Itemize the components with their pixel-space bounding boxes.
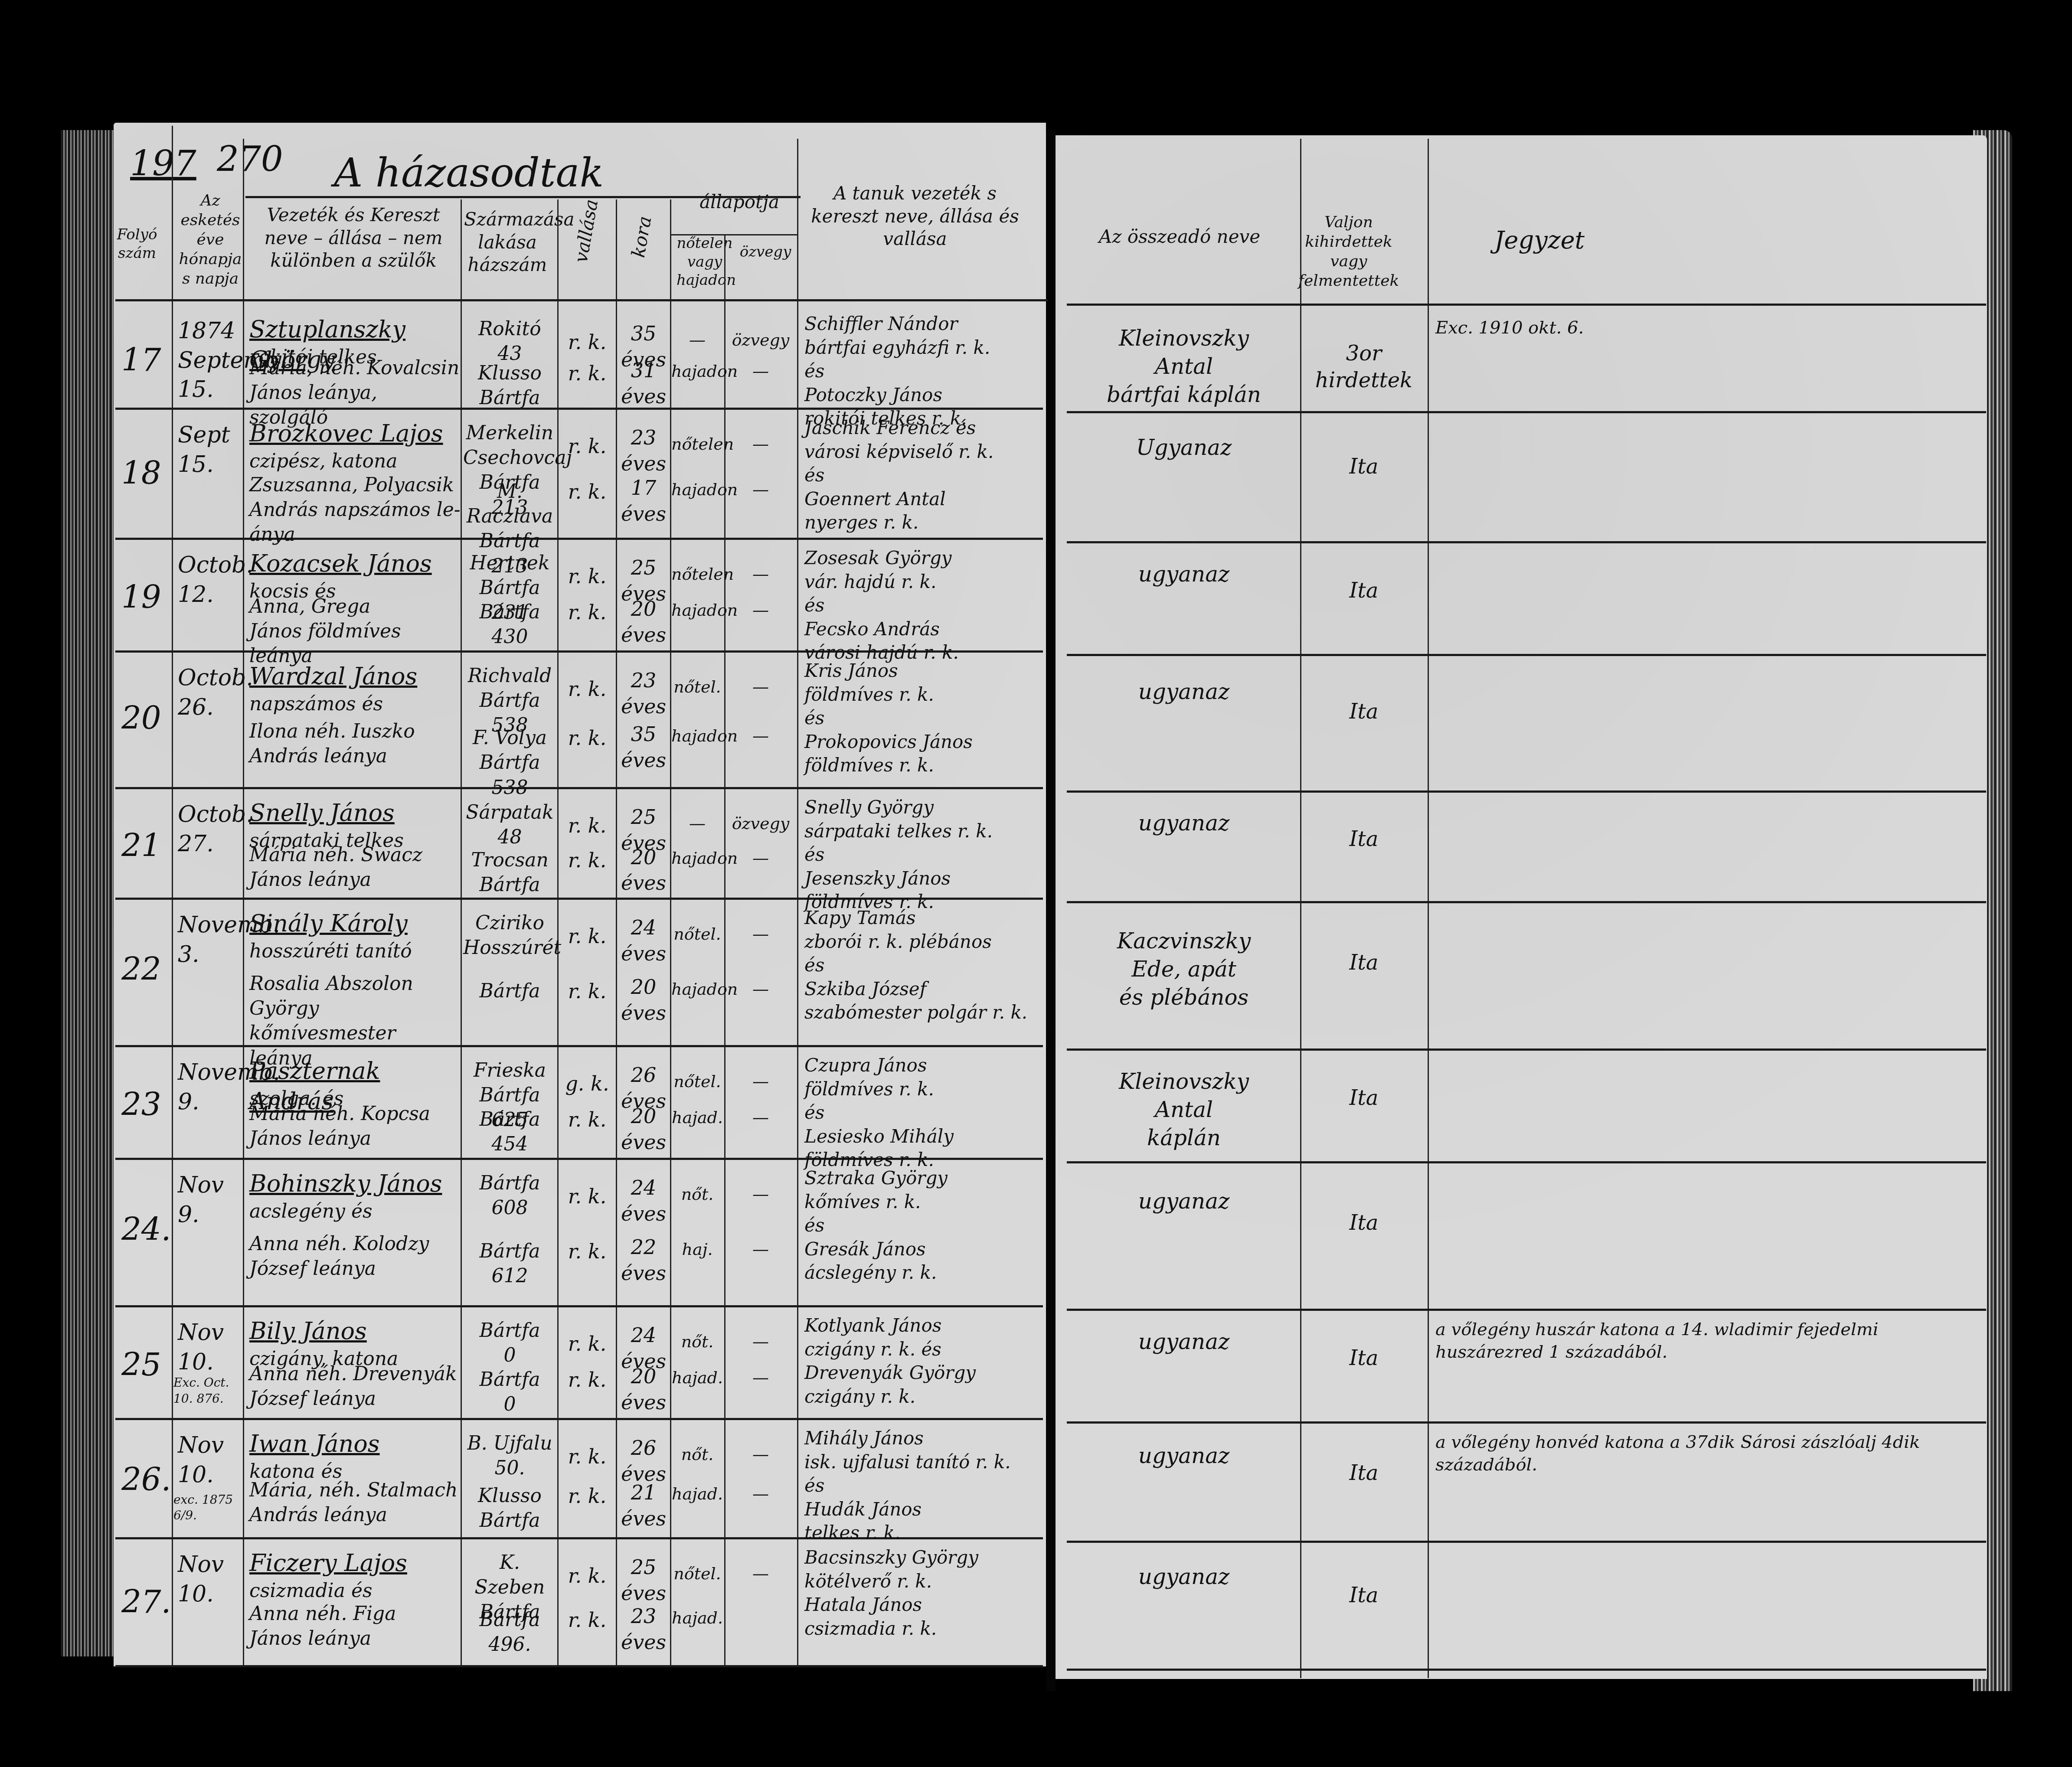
groom-religion: r. k. — [559, 1331, 615, 1357]
remarks: a vőlegény huszár katona a 14. wladimir … — [1435, 1318, 1977, 1363]
marriage-date: Nov 10. — [178, 1431, 243, 1489]
officiant: ugyanaz — [1071, 809, 1297, 837]
entry-number: 17 — [121, 340, 169, 381]
bride-origin: F. Volya Bártfa 538 — [463, 725, 556, 800]
groom-origin: Bártfa 0 — [463, 1318, 556, 1368]
bride-name-parents: Ilona néh. Iuszko András leánya — [249, 719, 462, 768]
bride-origin: Klusso Bártfa — [463, 1483, 556, 1533]
groom-name: Wardzal János — [249, 661, 462, 692]
entry-number: 22 — [121, 949, 169, 990]
entry-number: 23 — [121, 1084, 169, 1125]
groom-name: Kozacsek János — [249, 549, 462, 579]
bride-status-widowed: — — [726, 725, 795, 747]
groom-religion: r. k. — [559, 330, 615, 356]
banns-status: Ita — [1303, 453, 1425, 480]
bride-status-single: hajad. — [671, 1107, 723, 1128]
groom-name: Bohinszky János — [249, 1169, 462, 1199]
bride-status-widowed: — — [726, 1239, 795, 1260]
groom-religion: r. k. — [559, 564, 615, 590]
witnesses: Kapy Tamás zborói r. k. plébános és Szki… — [804, 906, 1043, 1025]
groom-occupation: csizmadia és — [249, 1578, 462, 1603]
rule — [115, 299, 1048, 301]
header-folyo-szam: Folyó szám — [115, 225, 159, 262]
witnesses: Jaschik Ferencz és városi képviselő r. k… — [804, 416, 1043, 535]
bride-age: 23 éves — [618, 1604, 670, 1656]
groom-religion: g. k. — [559, 1071, 615, 1097]
groom-name: Sinály Károly — [249, 908, 462, 939]
bride-name-parents: Mária néh. Swacz János leánya — [249, 843, 462, 892]
groom-age: 23 éves — [618, 668, 670, 720]
bride-religion: r. k. — [559, 479, 615, 505]
bride-age: 21 éves — [618, 1480, 670, 1532]
left-page-stack-edge — [61, 130, 117, 1656]
groom-occupation: hosszúréti tanító — [249, 939, 462, 964]
row-separator — [1067, 1309, 1986, 1311]
rule — [616, 199, 617, 1665]
groom-occupation: acslegény és — [249, 1199, 462, 1224]
groom-status-single: — — [671, 330, 723, 351]
bride-status-single: hajadon — [671, 848, 723, 869]
date-annotation: exc. 1875 6/9. — [173, 1492, 243, 1524]
bride-name-parents: Anna néh. Kolodzy József leánya — [249, 1231, 462, 1281]
bride-age: 20 éves — [618, 1104, 670, 1156]
groom-origin: Cziriko Hosszúrét — [463, 911, 556, 960]
groom-religion: r. k. — [559, 1444, 615, 1470]
groom-status-widowed: — — [726, 434, 795, 455]
witnesses: Bacsinszky György kötélverő r. k. Hatala… — [804, 1546, 1043, 1640]
rule — [557, 199, 559, 1665]
rule — [1987, 139, 1988, 1678]
bride-age: 20 éves — [618, 596, 670, 648]
groom-status-single: nőtel. — [671, 1563, 723, 1584]
bride-religion: r. k. — [559, 361, 615, 387]
bride-name-parents: Anna néh. Figa János leánya — [249, 1601, 462, 1651]
row-separator — [1067, 654, 1986, 656]
header-witnesses: A tanuk vezeték s kereszt neve, állása é… — [811, 182, 1019, 251]
groom-status-single: nőt. — [671, 1444, 723, 1465]
marriage-date: Octob. 12. — [178, 551, 243, 609]
date-annotation: Exc. Oct. 10. 876. — [173, 1375, 243, 1407]
bride-name-parents: Anna néh. Drevenyák József leánya — [249, 1362, 462, 1411]
officiant: ugyanaz — [1071, 1328, 1297, 1356]
groom-religion: r. k. — [559, 924, 615, 950]
row-separator — [115, 1665, 801, 1667]
rule — [1300, 139, 1301, 1678]
bride-age: 20 éves — [618, 845, 670, 897]
header-origin: Származása lakása házszám — [464, 208, 551, 277]
row-separator — [1067, 1669, 1986, 1671]
groom-status-single: nőt. — [671, 1331, 723, 1352]
groom-status-widowed: — — [726, 924, 795, 945]
groom-name: Bily János — [249, 1316, 462, 1346]
row-separator — [1067, 901, 1986, 903]
banns-status: Ita — [1303, 1345, 1425, 1372]
bride-name-parents: Anna, Grega János földmíves leánya — [249, 594, 462, 669]
bride-status-widowed: — — [726, 1367, 795, 1388]
groom-status-single: nőtel. — [671, 676, 723, 698]
officiant: ugyanaz — [1071, 678, 1297, 706]
entry-number: 20 — [121, 698, 169, 739]
bride-age: 35 éves — [618, 722, 670, 774]
bride-religion: r. k. — [559, 1239, 615, 1265]
banns-status: Ita — [1303, 1084, 1425, 1111]
officiant: ugyanaz — [1071, 560, 1297, 588]
witnesses: Snelly György sárpataki telkes r. k. és … — [804, 796, 1043, 914]
rule — [671, 234, 797, 235]
bride-status-single: hajadon — [671, 479, 723, 500]
groom-status-widowed: — — [726, 564, 795, 585]
groom-status-widowed: — — [726, 1331, 795, 1352]
bride-religion: r. k. — [559, 979, 615, 1005]
marriage-date: Sept 15. — [178, 421, 243, 479]
bride-name-parents: Mária, néh. Stalmach András leánya — [249, 1478, 462, 1527]
banns-status: Ita — [1303, 1209, 1425, 1236]
bride-origin: Bártfa 612 — [463, 1239, 556, 1288]
bride-status-single: hajad. — [671, 1607, 723, 1629]
row-separator — [115, 787, 801, 789]
groom-name: Brozkovec Lajos — [249, 418, 462, 449]
bride-age: 20 éves — [618, 1364, 670, 1416]
officiant: ugyanaz — [1071, 1442, 1297, 1470]
entry-number: 24. — [121, 1209, 169, 1250]
rule — [797, 139, 798, 1665]
banns-status: 3or hirdettek — [1303, 340, 1425, 394]
groom-name: Iwan János — [249, 1429, 462, 1459]
witnesses: Zosesak György vár. hajdú r. k. és Fecsk… — [804, 546, 1043, 665]
rule — [172, 126, 173, 1665]
groom-age: 23 éves — [618, 425, 670, 477]
groom-name: Ficzery Lajos — [249, 1548, 462, 1578]
row-separator — [115, 898, 801, 900]
groom-religion: r. k. — [559, 813, 615, 839]
officiant: Kleinovszky Antal bártfai káplán — [1071, 324, 1297, 409]
row-separator — [800, 1045, 1043, 1047]
entry-number: 19 — [121, 577, 169, 618]
officiant: ugyanaz — [1071, 1563, 1297, 1591]
bride-origin: Bártfa 454 — [463, 1107, 556, 1156]
groom-status-single: nőtel. — [671, 1071, 723, 1092]
banns-status: Ita — [1303, 1582, 1425, 1609]
groom-age: 26 éves — [618, 1435, 670, 1487]
register-book: 197 270 A házasodtak Folyó szám Az esket… — [0, 0, 2072, 1767]
row-separator — [1067, 411, 1986, 413]
groom-name: Snelly János — [249, 798, 462, 828]
groom-age: 25 éves — [618, 1555, 670, 1607]
officiant: Kleinovszky Antal káplán — [1071, 1068, 1297, 1152]
marriage-date: Octob. 27. — [178, 800, 243, 859]
groom-status-widowed: — — [726, 1184, 795, 1205]
bride-status-single: hajad. — [671, 1367, 723, 1388]
row-separator — [1067, 1421, 1986, 1424]
bride-age: 20 éves — [618, 974, 670, 1026]
remarks: a vőlegény honvéd katona a 37dik Sárosi … — [1435, 1431, 1977, 1476]
marriage-date: 1874 Septemb. 15. — [178, 317, 243, 405]
entry-number: 18 — [121, 453, 169, 494]
page-title: A házasodtak — [334, 150, 604, 196]
banns-status: Ita — [1303, 698, 1425, 725]
bride-name-parents: Mária néh. Kopcsa János leánya — [249, 1101, 462, 1151]
bride-religion: r. k. — [559, 725, 615, 751]
bride-status-single: hajadon — [671, 361, 723, 382]
banns-status: Ita — [1303, 1460, 1425, 1486]
row-separator — [1067, 790, 1986, 793]
row-separator — [115, 1305, 801, 1307]
bride-status-single: hajadon — [671, 979, 723, 1000]
bride-status-single: hajadon — [671, 600, 723, 621]
groom-religion: r. k. — [559, 1563, 615, 1589]
row-separator — [800, 787, 1043, 789]
bride-status-widowed: — — [726, 848, 795, 869]
bride-status-widowed: — — [726, 1483, 795, 1505]
row-separator — [800, 1305, 1043, 1307]
groom-occupation: napszámos és — [249, 692, 462, 716]
row-separator — [115, 1158, 801, 1160]
entry-number: 26. — [121, 1460, 169, 1500]
groom-status-widowed: — — [726, 1444, 795, 1465]
bride-status-widowed: — — [726, 979, 795, 1000]
rule — [245, 196, 801, 198]
bride-religion: r. k. — [559, 848, 615, 874]
row-separator — [800, 538, 1043, 540]
marriage-date: Nov 10. — [178, 1550, 243, 1609]
marriage-date: Novemb. 3. — [178, 911, 243, 969]
groom-status-widowed: özvegy — [726, 813, 795, 834]
bride-origin: Bártfa — [463, 979, 556, 1003]
groom-status-widowed: — — [726, 676, 795, 698]
row-separator — [800, 1665, 1043, 1667]
banns-status: Ita — [1303, 577, 1425, 604]
groom-origin: Sárpatak 48 — [463, 800, 556, 849]
bride-age: 17 éves — [618, 475, 670, 527]
groom-status-widowed: — — [726, 1071, 795, 1092]
bride-religion: r. k. — [559, 1107, 615, 1133]
witnesses: Kotlyank János czigány r. k. és Drevenyá… — [804, 1314, 1043, 1408]
header-names: Vezeték és Kereszt neve – állása – nem k… — [249, 204, 458, 272]
marriage-date: Octob. 26. — [178, 663, 243, 722]
row-separator — [1067, 1541, 1986, 1543]
row-separator — [1067, 1048, 1986, 1051]
groom-origin: Rokitó 43 — [463, 317, 556, 366]
bride-origin: Trocsan Bártfa — [463, 848, 556, 897]
groom-status-widowed: — — [726, 1563, 795, 1584]
marriage-date: Nov 10. — [178, 1318, 243, 1377]
groom-occupation: czipész, katona — [249, 449, 462, 474]
bride-status-single: hajad. — [671, 1483, 723, 1505]
bride-origin: Bártfa 496. — [463, 1607, 556, 1657]
bride-name-parents: Zsuzsanna, Polyacsik András napszámos le… — [249, 473, 462, 547]
witnesses: Mihály János isk. ujfalusi tanító r. k. … — [804, 1427, 1043, 1545]
bride-age: 22 éves — [618, 1235, 670, 1287]
bride-religion: r. k. — [559, 1483, 615, 1509]
bride-religion: r. k. — [559, 1607, 615, 1633]
groom-religion: r. k. — [559, 676, 615, 702]
bride-origin: Klusso Bártfa — [463, 361, 556, 410]
groom-status-single: nőtelen — [671, 564, 723, 585]
row-separator — [800, 1418, 1043, 1420]
bride-status-widowed: — — [726, 361, 795, 382]
groom-age: 24 éves — [618, 915, 670, 967]
groom-status-single: nőt. — [671, 1184, 723, 1205]
witnesses: Schiffler Nándor bártfai egyházfi r. k. … — [804, 312, 1043, 431]
officiant: Kaczvinszky Ede, apát és plébános — [1071, 927, 1297, 1012]
officiant: ugyanaz — [1071, 1187, 1297, 1215]
page-number: 197 — [130, 143, 196, 183]
row-separator — [115, 1418, 801, 1420]
witnesses: Czupra János földmíves r. k. és Lesiesko… — [804, 1054, 1043, 1172]
page-number-overwritten: 270 — [217, 139, 283, 179]
marriage-date: Nov 9. — [178, 1171, 243, 1229]
groom-status-widowed: özvegy — [726, 330, 795, 351]
entry-number: 25 — [121, 1345, 169, 1385]
remarks: Exc. 1910 okt. 6. — [1435, 317, 1977, 339]
groom-status-single: — — [671, 813, 723, 834]
groom-age: 24 éves — [618, 1175, 670, 1227]
header-date: Az esketés éve hónapja s napja — [176, 191, 245, 288]
officiant: Ugyanaz — [1071, 434, 1297, 462]
groom-religion: r. k. — [559, 434, 615, 460]
book-gutter — [1046, 130, 1056, 1691]
groom-origin: B. Ujfalu 50. — [463, 1431, 556, 1480]
groom-status-single: nőtel. — [671, 924, 723, 945]
bride-age: 31 éves — [618, 358, 670, 410]
header-status: állapotja — [681, 191, 798, 214]
groom-status-single: nőtelen — [671, 434, 723, 455]
header-officiant: Az összeadó neve — [1071, 225, 1288, 248]
bride-status-widowed: — — [726, 1107, 795, 1128]
row-separator — [1067, 541, 1986, 543]
bride-origin: Bártfa 0 — [463, 1367, 556, 1417]
bride-status-single: hajadon — [671, 725, 723, 747]
row-separator — [115, 1537, 801, 1539]
entry-number: 27. — [121, 1582, 169, 1623]
witnesses: Kris János földmíves r. k. és Prokopovic… — [804, 659, 1043, 777]
rule — [1067, 304, 1986, 306]
banns-status: Ita — [1303, 826, 1425, 852]
bride-status-widowed: — — [726, 479, 795, 500]
banns-status: Ita — [1303, 949, 1425, 976]
header-remarks: Jegyzet — [1431, 225, 1648, 256]
header-status-widowed: özvegy — [737, 243, 794, 261]
bride-status-widowed: — — [726, 600, 795, 621]
row-separator — [1067, 1161, 1986, 1163]
header-banns: Valjon kihirdettek vagy felmentettek — [1297, 212, 1401, 291]
witnesses: Sztraka György kőmíves r. k. és Gresák J… — [804, 1166, 1043, 1285]
rule — [1428, 139, 1429, 1678]
bride-religion: r. k. — [559, 1367, 615, 1393]
groom-religion: r. k. — [559, 1184, 615, 1210]
entry-number: 21 — [121, 826, 169, 866]
bride-origin: Bártfa 430 — [463, 600, 556, 649]
bride-status-single: haj. — [671, 1239, 723, 1260]
groom-origin: Bártfa 608 — [463, 1171, 556, 1220]
bride-religion: r. k. — [559, 600, 615, 626]
marriage-date: Novemb. 9. — [178, 1058, 243, 1117]
